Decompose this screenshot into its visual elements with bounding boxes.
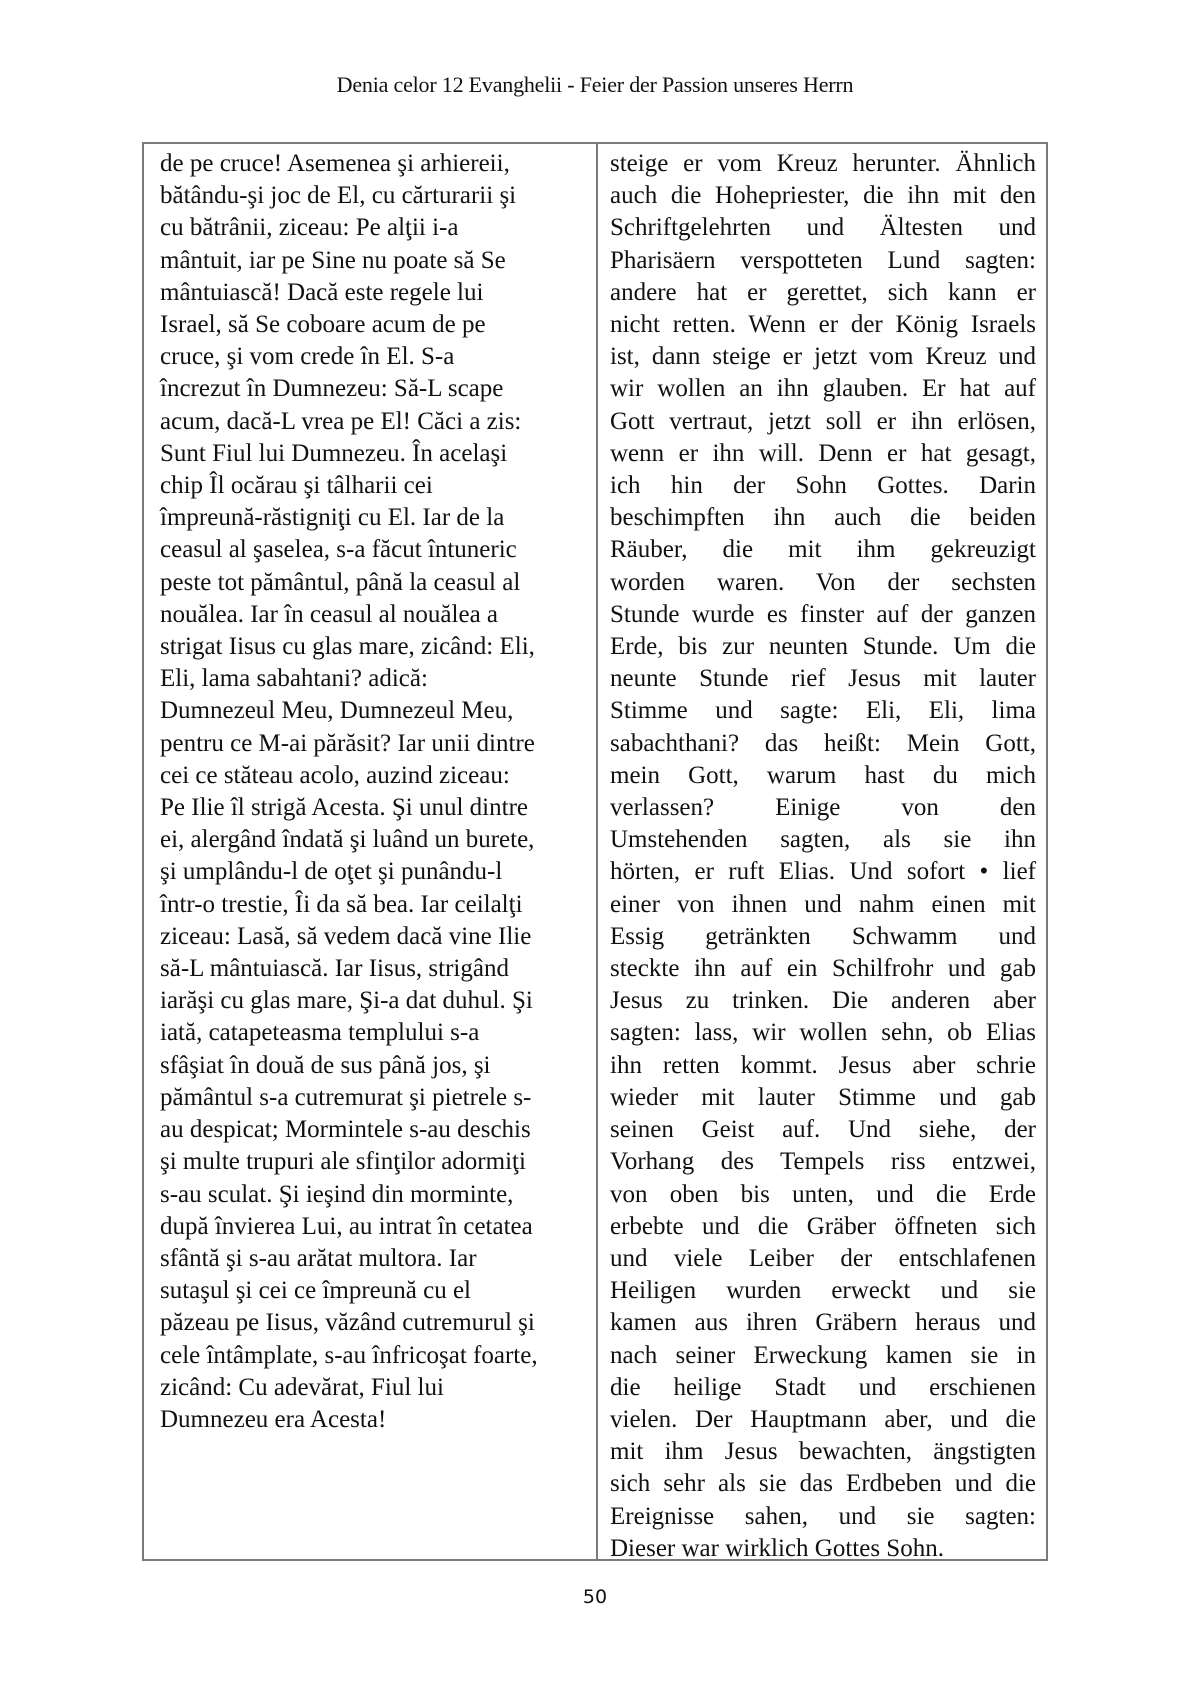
german-text-line: auch die Hohepriester, die ihn mit den [610, 180, 1036, 212]
romanian-text-line: împreună-răstigniţi cu El. Iar de la [160, 502, 592, 534]
romanian-column: de pe cruce! Asemenea şi arhiereii,bătân… [144, 144, 598, 1559]
romanian-text-line: mântuit, iar pe Sine nu poate să Se [160, 245, 592, 277]
romanian-text-line: chip Îl ocărau şi tâlharii cei [160, 470, 592, 502]
german-text-line: Essig getränkten Schwamm und [610, 921, 1036, 953]
romanian-text-line: iată, catapeteasma templului s-a [160, 1017, 592, 1049]
romanian-text-line: zicând: Cu adevărat, Fiul lui [160, 1372, 592, 1404]
german-text-line: Stunde wurde es finster auf der ganzen [610, 599, 1036, 631]
romanian-text-line: cele întâmplate, s-au înfricoşat foarte, [160, 1340, 592, 1372]
german-text-line: hörten, er ruft Elias. Und sofort • lief [610, 856, 1036, 888]
german-text-line: Heiligen wurden erweckt und sie [610, 1275, 1036, 1307]
romanian-text-line: ei, alergând îndată şi luând un burete, [160, 824, 592, 856]
german-text-line: neunte Stunde rief Jesus mit lauter [610, 663, 1036, 695]
romanian-text-line: cruce, şi vom crede în El. S-a [160, 341, 592, 373]
romanian-text-line: într-o trestie, Îi da să bea. Iar ceilal… [160, 889, 592, 921]
page-number: 50 [0, 1586, 1190, 1608]
romanian-text-line: Israel, să Se coboare acum de pe [160, 309, 592, 341]
bilingual-text-table: de pe cruce! Asemenea şi arhiereii,bătân… [142, 142, 1048, 1561]
german-text-line: steckte ihn auf ein Schilfrohr und gab [610, 953, 1036, 985]
german-text-line: Pharisäern verspotteten Lund sagten: [610, 245, 1036, 277]
german-text-line: ich hin der Sohn Gottes. Darin [610, 470, 1036, 502]
romanian-text-line: bătându-şi joc de El, cu cărturarii şi [160, 180, 592, 212]
german-text-line: ihn retten kommt. Jesus aber schrie [610, 1050, 1036, 1082]
romanian-text-line: au despicat; Mormintele s-au deschis [160, 1114, 592, 1146]
romanian-text-line: ceasul al şaselea, s-a făcut întuneric [160, 534, 592, 566]
german-text-line: Stimme und sagte: Eli, Eli, lima [610, 695, 1036, 727]
german-text-line: erbebte und die Gräber öffneten sich [610, 1211, 1036, 1243]
romanian-text-line: Dumnezeu era Acesta! [160, 1404, 592, 1436]
german-text-line: andere hat er gerettet, sich kann er [610, 277, 1036, 309]
german-text-line: beschimpften ihn auch die beiden [610, 502, 1036, 534]
german-text-line: mein Gott, warum hast du mich [610, 760, 1036, 792]
german-text-line: Ereignisse sahen, und sie sagten: [610, 1501, 1036, 1533]
german-text-line: sabachthani? das heißt: Mein Gott, [610, 728, 1036, 760]
german-text-line: wenn er ihn will. Denn er hat gesagt, [610, 438, 1036, 470]
german-text-line: Erde, bis zur neunten Stunde. Um die [610, 631, 1036, 663]
romanian-text-line: sutaşul şi cei ce împreună cu el [160, 1275, 592, 1307]
german-text-line: Schriftgelehrten und Ältesten und [610, 212, 1036, 244]
german-text-line: steige er vom Kreuz herunter. Ähnlich [610, 148, 1036, 180]
german-column: steige er vom Kreuz herunter. Ähnlichauc… [598, 144, 1046, 1559]
romanian-text-line: s-au sculat. Şi ieşind din morminte, [160, 1179, 592, 1211]
romanian-text-line: să-L mântuiască. Iar Iisus, strigând [160, 953, 592, 985]
romanian-text-line: peste tot pământul, până la ceasul al [160, 567, 592, 599]
romanian-text-line: Sunt Fiul lui Dumnezeu. În acelaşi [160, 438, 592, 470]
german-text-line: die heilige Stadt und erschienen [610, 1372, 1036, 1404]
german-text-line: und viele Leiber der entschlafenen [610, 1243, 1036, 1275]
german-text-line: Vorhang des Tempels riss entzwei, [610, 1146, 1036, 1178]
german-text-line: verlassen? Einige von den [610, 792, 1036, 824]
romanian-text-line: de pe cruce! Asemenea şi arhiereii, [160, 148, 592, 180]
german-text-line: seinen Geist auf. Und siehe, der [610, 1114, 1036, 1146]
german-text-line: Räuber, die mit ihm gekreuzigt [610, 534, 1036, 566]
romanian-text-line: Pe Ilie îl strigă Acesta. Şi unul dintre [160, 792, 592, 824]
german-text-line: von oben bis unten, und die Erde [610, 1179, 1036, 1211]
romanian-text-line: şi multe trupuri ale sfinţilor adormiţi [160, 1146, 592, 1178]
romanian-text-line: sfântă şi s-au arătat multora. Iar [160, 1243, 592, 1275]
german-text-line: kamen aus ihren Gräbern heraus und [610, 1307, 1036, 1339]
page-header-title: Denia celor 12 Evanghelii - Feier der Pa… [0, 72, 1190, 98]
romanian-text-line: nouălea. Iar în ceasul al nouălea a [160, 599, 592, 631]
romanian-text-line: pământul s-a cutremurat şi pietrele s- [160, 1082, 592, 1114]
german-text-line: Dieser war wirklich Gottes Sohn. [610, 1533, 1036, 1565]
romanian-text-line: şi umplându-l de oţet şi punându-l [160, 856, 592, 888]
german-text-line: Jesus zu trinken. Die anderen aber [610, 985, 1036, 1017]
german-text-line: nach seiner Erweckung kamen sie in [610, 1340, 1036, 1372]
romanian-text-line: mântuiască! Dacă este regele lui [160, 277, 592, 309]
romanian-text-line: strigat Iisus cu glas mare, zicând: Eli, [160, 631, 592, 663]
romanian-text-line: sfâşiat în două de sus până jos, şi [160, 1050, 592, 1082]
german-text-line: Umstehenden sagten, als sie ihn [610, 824, 1036, 856]
romanian-text-line: încrezut în Dumnezeu: Să-L scape [160, 373, 592, 405]
german-text-line: wir wollen an ihn glauben. Er hat auf [610, 373, 1036, 405]
german-text-line: vielen. Der Hauptmann aber, und die [610, 1404, 1036, 1436]
german-text-line: Gott vertraut, jetzt soll er ihn erlösen… [610, 406, 1036, 438]
german-text-line: ist, dann steige er jetzt vom Kreuz und [610, 341, 1036, 373]
romanian-text-line: cu bătrânii, ziceau: Pe alţii i-a [160, 212, 592, 244]
romanian-text-line: Dumnezeul Meu, Dumnezeul Meu, [160, 695, 592, 727]
german-text-line: nicht retten. Wenn er der König Israels [610, 309, 1036, 341]
german-text-line: mit ihm Jesus bewachten, ängstigten [610, 1436, 1036, 1468]
romanian-text-line: Eli, lama sabahtani? adică: [160, 663, 592, 695]
german-text-line: einer von ihnen und nahm einen mit [610, 889, 1036, 921]
romanian-text-line: cei ce stăteau acolo, auzind ziceau: [160, 760, 592, 792]
german-text-line: wieder mit lauter Stimme und gab [610, 1082, 1036, 1114]
german-text-line: worden waren. Von der sechsten [610, 567, 1036, 599]
romanian-text-line: după învierea Lui, au intrat în cetatea [160, 1211, 592, 1243]
romanian-text-line: acum, dacă-L vrea pe El! Căci a zis: [160, 406, 592, 438]
romanian-text-line: păzeau pe Iisus, văzând cutremurul şi [160, 1307, 592, 1339]
romanian-text-line: iarăşi cu glas mare, Şi-a dat duhul. Şi [160, 985, 592, 1017]
german-text-line: sagten: lass, wir wollen sehn, ob Elias [610, 1017, 1036, 1049]
romanian-text-line: pentru ce M-ai părăsit? Iar unii dintre [160, 728, 592, 760]
romanian-text-line: ziceau: Lasă, să vedem dacă vine Ilie [160, 921, 592, 953]
german-text-line: sich sehr als sie das Erdbeben und die [610, 1468, 1036, 1500]
